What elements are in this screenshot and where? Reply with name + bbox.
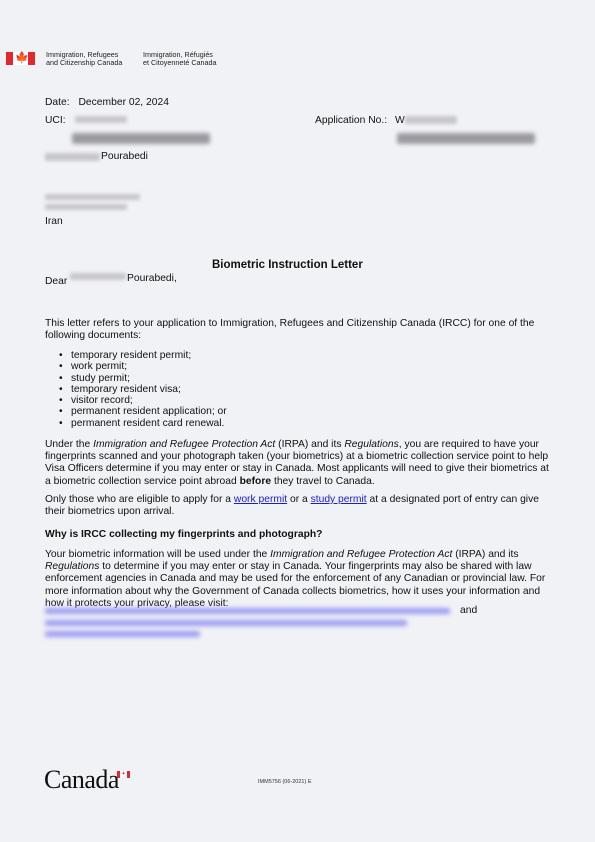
- barcode-redacted-right: [397, 133, 535, 144]
- application-prefix: W: [395, 115, 405, 127]
- text: Under the: [45, 439, 93, 450]
- port-of-entry-paragraph: Only those who are eligible to apply for…: [45, 494, 550, 518]
- section-heading: Why is IRCC collecting my fingerprints a…: [45, 529, 322, 541]
- list-item: temporary resident permit;: [45, 350, 525, 361]
- text: (IRPA) and its: [452, 549, 518, 560]
- date-label: Date:: [45, 97, 70, 108]
- address-line1-redacted: [45, 194, 140, 200]
- letter-title: Biometric Instruction Letter: [212, 259, 363, 271]
- canada-wordmark-flag-icon: ✦: [117, 771, 130, 778]
- requirement-paragraph: Under the Immigration and Refugee Protec…: [45, 439, 550, 488]
- regulations: Regulations: [45, 561, 99, 572]
- salutation-suffix: Pourabedi,: [127, 273, 177, 285]
- date-line: Date: December 02, 2024: [45, 97, 169, 109]
- act-name: Immigration and Refugee Protection Act: [270, 549, 452, 560]
- department-fr-line2: et Citoyenneté Canada: [143, 59, 217, 67]
- text: Only those who are eligible to apply for…: [45, 494, 234, 505]
- text: (IRPA) and its: [275, 439, 344, 450]
- department-name-fr: Immigration, Réfugiés et Citoyenneté Can…: [143, 51, 217, 67]
- department-name-en: Immigration, Refugees and Citizenship Ca…: [46, 51, 122, 67]
- emphasis-before: before: [240, 476, 271, 487]
- work-permit-link[interactable]: work permit: [234, 494, 287, 505]
- privacy-link-1-redacted[interactable]: [45, 608, 450, 614]
- application-value-redacted: [405, 116, 457, 124]
- recipient-country: Iran: [45, 216, 63, 228]
- list-item: study permit;: [45, 373, 525, 384]
- text: to determine if you may enter or stay in…: [45, 561, 545, 609]
- salutation-prefix: Dear: [45, 276, 67, 288]
- list-item: visitor record;: [45, 395, 525, 406]
- intro-paragraph: This letter refers to your application t…: [45, 318, 550, 342]
- list-item: permanent resident application; or: [45, 406, 525, 417]
- barcode-redacted: [72, 133, 210, 144]
- form-number: IMM5756 (06-2021) E: [258, 779, 312, 785]
- address-line2-redacted: [45, 204, 127, 210]
- uci-value-redacted: [75, 116, 127, 123]
- canada-flag-icon: 🍁: [6, 52, 35, 65]
- text: Your biometric information will be used …: [45, 549, 270, 560]
- text: or a: [287, 494, 310, 505]
- and-text: and: [460, 605, 477, 617]
- application-label: Application No.:: [315, 115, 387, 127]
- act-name: Immigration and Refugee Protection Act: [93, 439, 275, 450]
- recipient-name-redacted: [45, 153, 100, 161]
- salutation-name-redacted: [70, 273, 126, 280]
- privacy-link-2-redacted[interactable]: [45, 620, 407, 626]
- uci-label: UCI:: [45, 115, 66, 127]
- date-value: December 02, 2024: [79, 97, 169, 108]
- text: they travel to Canada.: [271, 476, 375, 487]
- list-item: permanent resident card renewal.: [45, 418, 525, 429]
- regulations: Regulations: [344, 439, 398, 450]
- study-permit-link[interactable]: study permit: [311, 494, 367, 505]
- documents-list: temporary resident permit; work permit; …: [45, 350, 525, 429]
- recipient-surname: Pourabedi: [101, 151, 148, 163]
- privacy-paragraph: Your biometric information will be used …: [45, 549, 550, 610]
- list-item: temporary resident visa;: [45, 384, 525, 395]
- department-en-line2: and Citizenship Canada: [46, 59, 122, 67]
- list-item: work permit;: [45, 361, 525, 372]
- canada-wordmark: Canada: [44, 765, 119, 795]
- privacy-link-3-redacted[interactable]: [45, 631, 200, 637]
